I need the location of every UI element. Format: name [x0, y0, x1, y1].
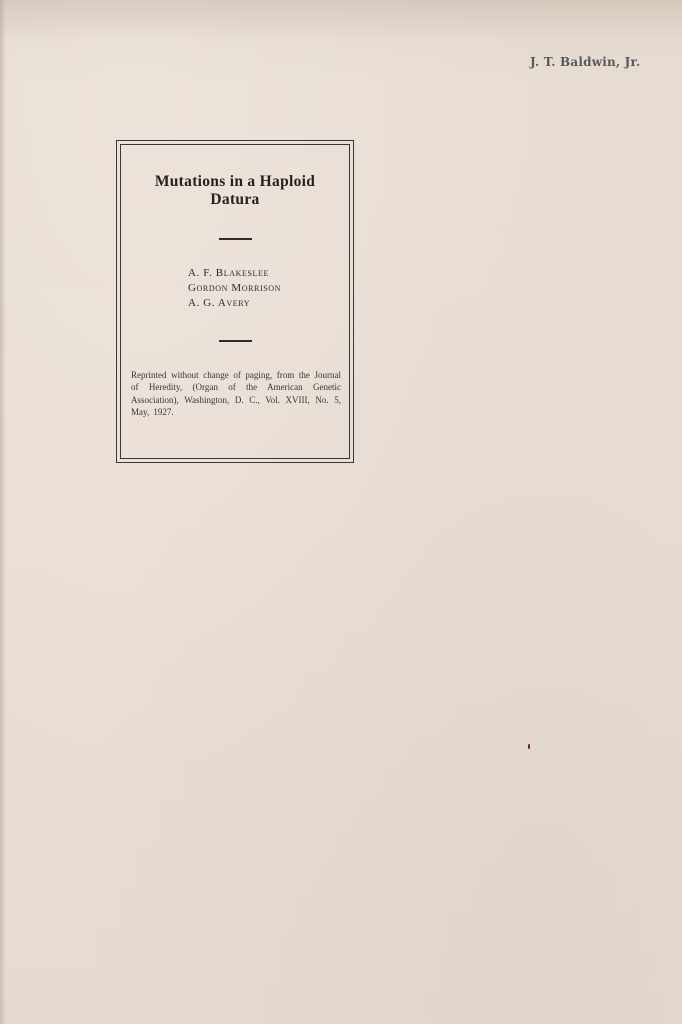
divider-rule [219, 238, 252, 240]
author-list: A. F. Blakeslee Gordon Morrison A. G. Av… [188, 266, 281, 311]
author: Gordon Morrison [188, 281, 281, 296]
author: A. G. Avery [188, 296, 281, 311]
document-title: Mutations in a Haploid Datura [117, 173, 353, 209]
title-line-2: Datura [117, 191, 353, 209]
owner-stamp: J. T. Baldwin, Jr. [530, 55, 640, 69]
divider-rule [219, 340, 252, 342]
title-box: Mutations in a Haploid Datura A. F. Blak… [116, 140, 354, 463]
title-line-1: Mutations in a Haploid [117, 173, 353, 191]
paper-speck [528, 744, 530, 749]
reprint-note: Reprinted without change of paging, from… [131, 369, 341, 418]
author: A. F. Blakeslee [188, 266, 281, 281]
document-page: J. T. Baldwin, Jr. Mutations in a Haploi… [0, 0, 682, 1024]
